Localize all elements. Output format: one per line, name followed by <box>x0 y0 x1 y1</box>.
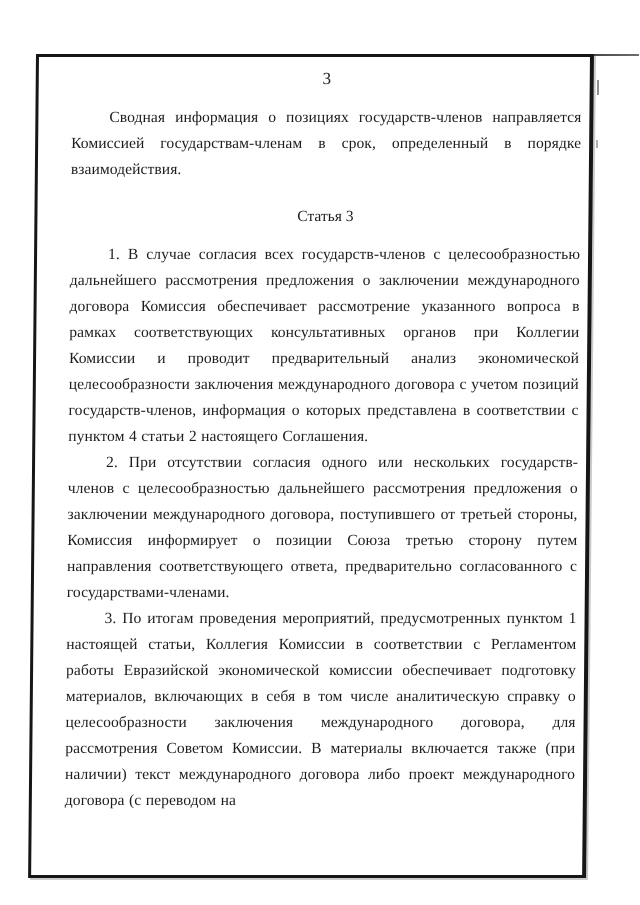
scan-noise-mark <box>597 80 599 95</box>
intro-paragraph: Сводная информация о позициях государств… <box>71 105 582 183</box>
scan-noise-mark <box>596 140 598 148</box>
clause-1-paragraph: 1. В случае согласия всех государств-чле… <box>68 242 580 450</box>
clause-3-paragraph: 3. По итогам проведения мероприятий, пре… <box>65 606 577 814</box>
page-number: 3 <box>72 66 582 91</box>
page-border-frame: 3 Сводная информация о позициях государс… <box>28 54 594 878</box>
article-heading: Статья 3 <box>70 204 580 230</box>
clause-2-paragraph: 2. При отсутствии согласия одного или не… <box>67 450 578 606</box>
page-content: 3 Сводная информация о позициях государс… <box>31 57 590 875</box>
